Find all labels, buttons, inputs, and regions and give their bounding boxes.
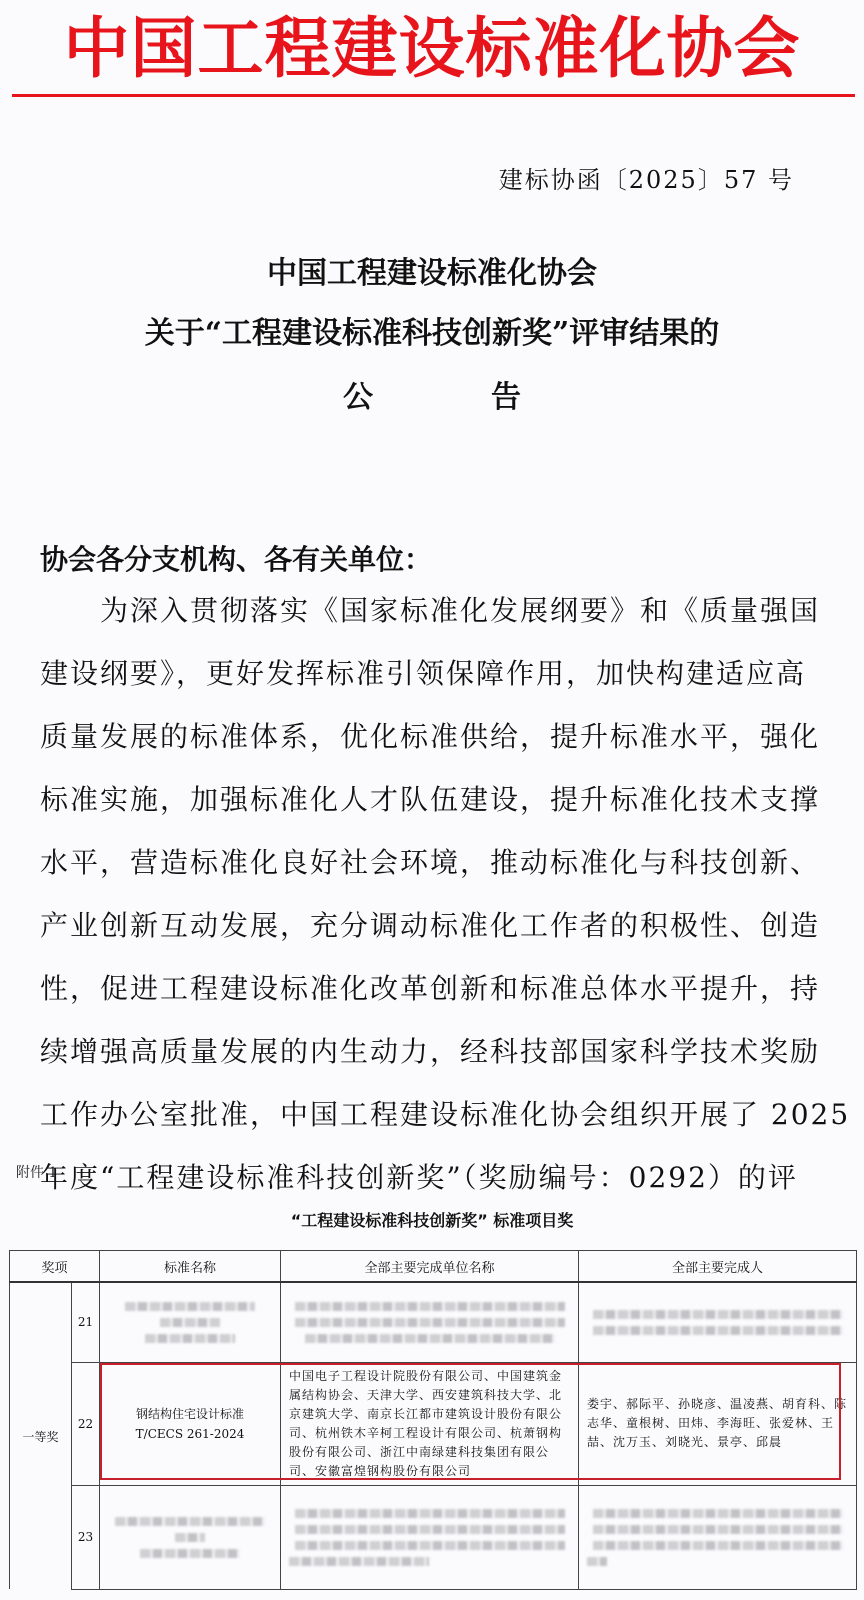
table-row: 23 (10, 1485, 857, 1589)
table-header-row: 奖项 标准名称 全部主要完成单位名称 全部主要完成人 (10, 1251, 857, 1283)
body-line: 建设纲要》，更好发挥标准引领保障作用，加快构建适应高 (40, 650, 830, 713)
body-line: 为深入贯彻落实《国家标准化发展纲要》和《质量强国 (40, 587, 830, 650)
body-line: 水平，营造标准化良好社会环境，推动标准化与科技创新、 (40, 839, 830, 902)
body-line: 标准实施，加强标准化人才队伍建设，提升标准化技术支撑 (40, 776, 830, 839)
standard-name: 钢结构住宅设计标准 (100, 1404, 280, 1424)
standard-code: T/CECS 261-2024 (100, 1424, 280, 1444)
document-number: 建标协函〔2025〕57 号 (499, 160, 794, 195)
body-line: 性，促进工程建设标准化改革创新和标准总体水平提升，持 (40, 965, 830, 1028)
blurred-standard-name (100, 1282, 281, 1362)
award-level-cell: 一等奖 (10, 1282, 72, 1589)
blurred-persons (579, 1282, 857, 1362)
award-table: 奖项 标准名称 全部主要完成单位名称 全部主要完成人 一等奖 21 22 钢结构… (9, 1250, 857, 1590)
units-cell: 中国电子工程设计院股份有限公司、中国建筑金属结构协会、天津大学、西安建筑科技大学… (281, 1362, 579, 1485)
body-line: 续增强高质量发展的内生动力，经科技部国家科学技术奖励 (40, 1028, 830, 1091)
blurred-persons (579, 1485, 857, 1589)
body-line: 质量发展的标准体系，优化标准供给，提升标准水平，强化 (40, 713, 830, 776)
attachment-label: 附件 1 (16, 1162, 57, 1182)
blurred-units (281, 1282, 579, 1362)
table-title: “工程建设标准科技创新奖” 标准项目奖 (0, 1208, 864, 1231)
body-line: 工作办公室批准，中国工程建设标准化协会组织开展了 2025 (40, 1091, 830, 1154)
blurred-units (281, 1485, 579, 1589)
title-line-3-b: 告 (491, 380, 521, 415)
title-line-2: 关于“工程建设标准科技创新奖”评审结果的 (0, 308, 864, 352)
persons-cell: 娄宇、郝际平、孙晓彦、温凌燕、胡育科、陈志华、童根树、田炜、李海旺、张爱林、王喆… (579, 1362, 857, 1485)
title-line-3: 公告 (0, 372, 864, 416)
table-row-highlighted: 22 钢结构住宅设计标准 T/CECS 261-2024 中国电子工程设计院股份… (10, 1362, 857, 1485)
blurred-standard-name (100, 1485, 281, 1589)
standard-name-cell: 钢结构住宅设计标准 T/CECS 261-2024 (100, 1362, 281, 1485)
salutation: 协会各分支机构、各有关单位： (40, 538, 432, 578)
letterhead-org-name: 中国工程建设标准化协会 (0, 8, 864, 88)
title-line-1: 中国工程建设标准化协会 (0, 248, 864, 292)
row-number: 22 (72, 1362, 100, 1485)
column-header-standard-name: 标准名称 (100, 1251, 281, 1283)
table-row: 一等奖 21 (10, 1282, 857, 1362)
title-line-3-a: 公 (343, 380, 373, 415)
row-number: 23 (72, 1485, 100, 1589)
column-header-award: 奖项 (10, 1251, 100, 1283)
column-header-units: 全部主要完成单位名称 (281, 1251, 579, 1283)
row-number: 21 (72, 1282, 100, 1362)
letterhead-divider (12, 94, 855, 97)
body-paragraph: 为深入贯彻落实《国家标准化发展纲要》和《质量强国 建设纲要》，更好发挥标准引领保… (40, 587, 830, 1217)
body-line: 产业创新互动发展，充分调动标准化工作者的积极性、创造 (40, 902, 830, 965)
column-header-persons: 全部主要完成人 (579, 1251, 857, 1283)
